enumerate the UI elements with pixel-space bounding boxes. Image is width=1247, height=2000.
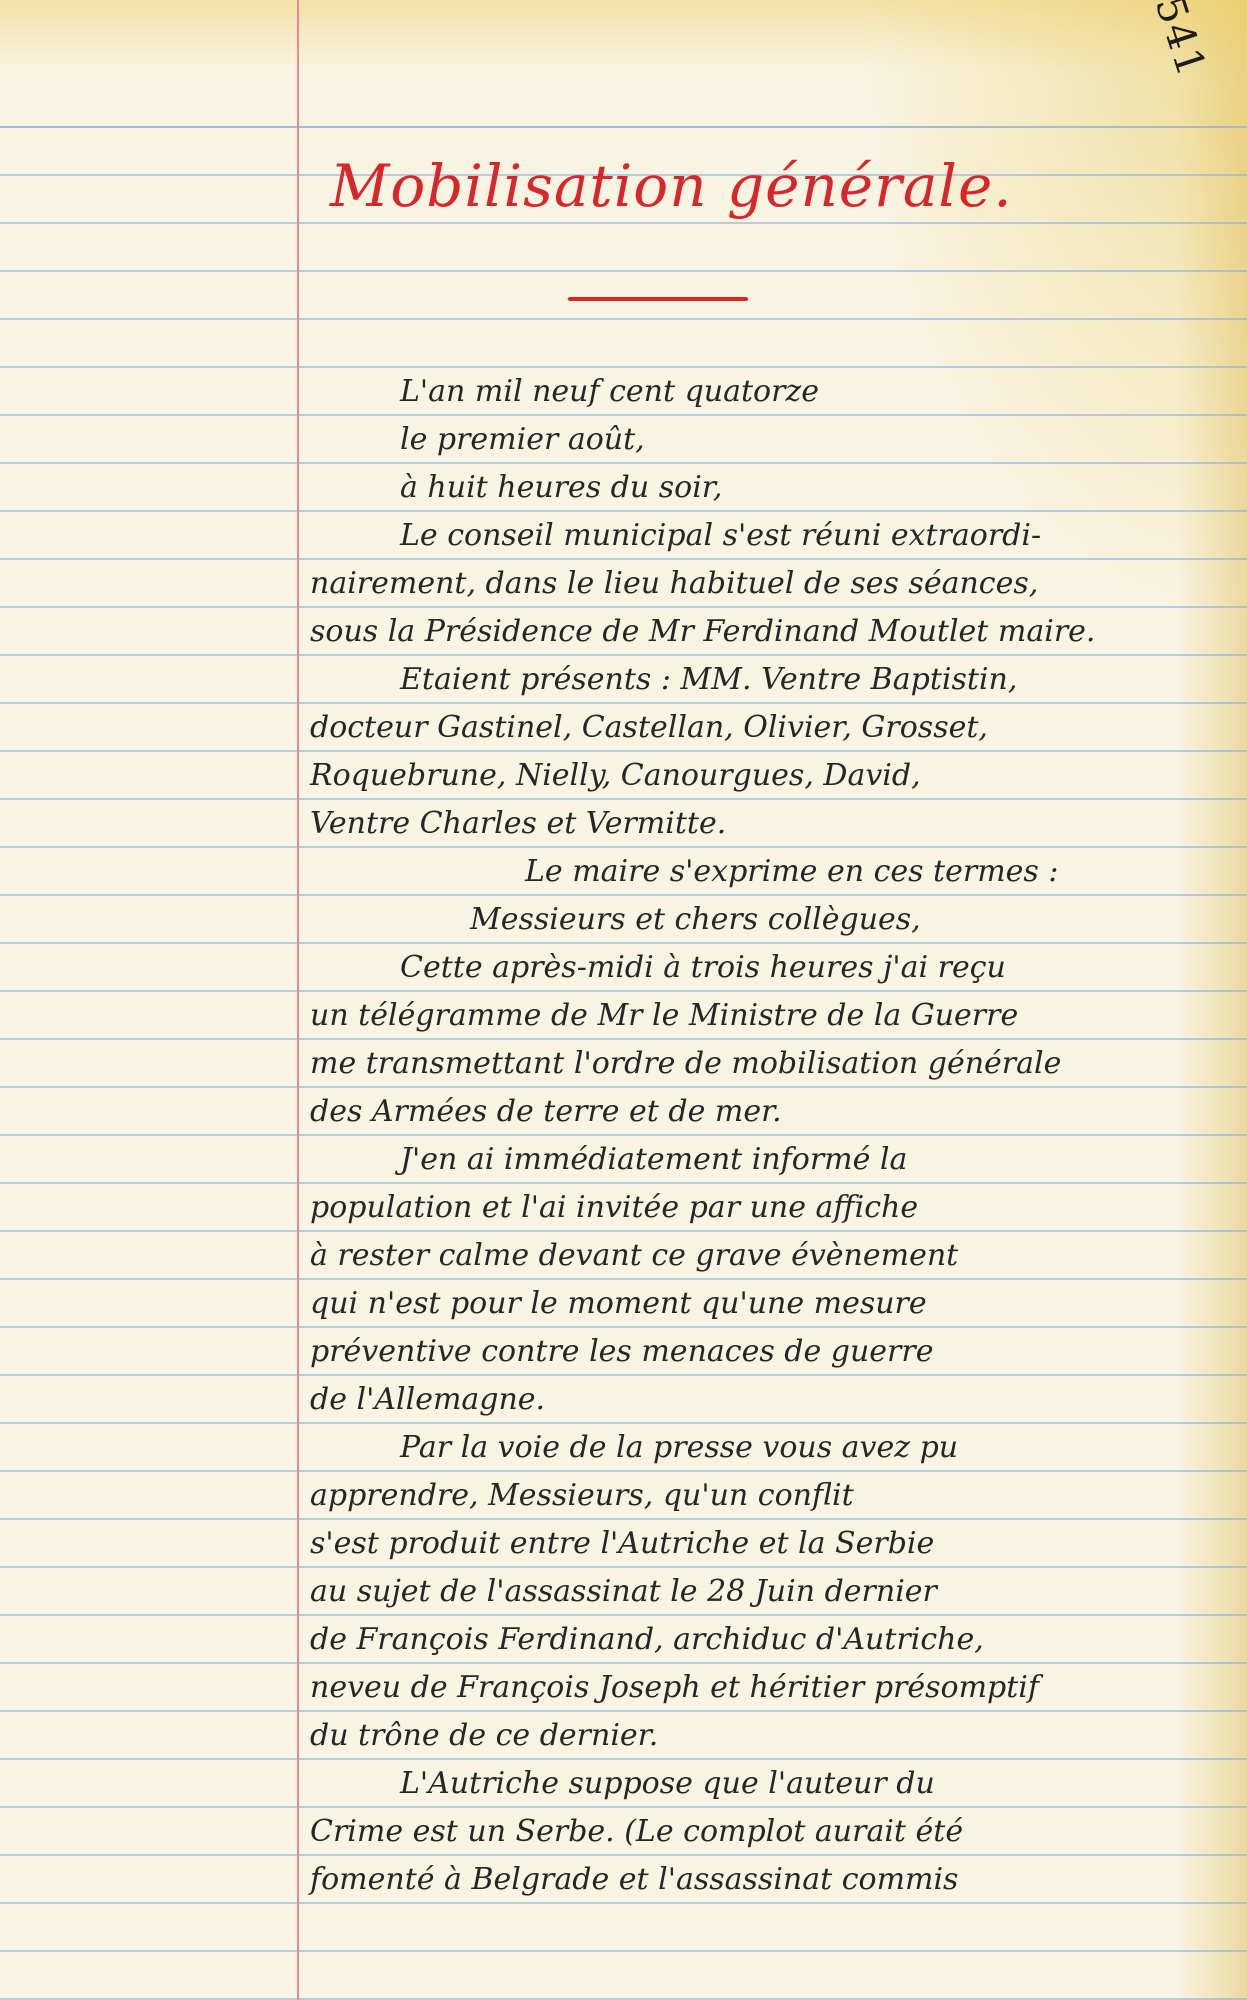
minutes-text: L'an mil neuf cent quatorzele premier ao… bbox=[310, 368, 1240, 1904]
text-line: préventive contre les menaces de guerre bbox=[310, 1328, 1240, 1376]
text-line: au sujet de l'assassinat le 28 Juin dern… bbox=[310, 1568, 1240, 1616]
text-line: Crime est un Serbe. (Le complot aurait é… bbox=[310, 1808, 1240, 1856]
text-line: fomenté à Belgrade et l'assassinat commi… bbox=[310, 1856, 1240, 1904]
text-line: Messieurs et chers collègues, bbox=[310, 896, 1240, 944]
text-line: Le conseil municipal s'est réuni extraor… bbox=[310, 512, 1240, 560]
text-line: Cette après-midi à trois heures j'ai reç… bbox=[310, 944, 1240, 992]
text-line: du trône de ce dernier. bbox=[310, 1712, 1240, 1760]
title-underline bbox=[568, 297, 748, 301]
text-line: apprendre, Messieurs, qu'un conflit bbox=[310, 1472, 1240, 1520]
text-line: J'en ai immédiatement informé la bbox=[310, 1136, 1240, 1184]
ledger-page: 541 Mobilisation générale. L'an mil neuf… bbox=[0, 0, 1247, 2000]
text-line: population et l'ai invitée par une affic… bbox=[310, 1184, 1240, 1232]
page-title: Mobilisation générale. bbox=[330, 152, 1013, 220]
text-line: le premier août, bbox=[310, 416, 1240, 464]
text-line: Ventre Charles et Vermitte. bbox=[310, 800, 1240, 848]
text-line: s'est produit entre l'Autriche et la Ser… bbox=[310, 1520, 1240, 1568]
text-line: Etaient présents : MM. Ventre Baptistin, bbox=[310, 656, 1240, 704]
text-line: me transmettant l'ordre de mobilisation … bbox=[310, 1040, 1240, 1088]
text-line: L'Autriche suppose que l'auteur du bbox=[310, 1760, 1240, 1808]
text-line: Roquebrune, Nielly, Canourgues, David, bbox=[310, 752, 1240, 800]
text-line: sous la Présidence de Mr Ferdinand Moutl… bbox=[310, 608, 1240, 656]
text-line: qui n'est pour le moment qu'une mesure bbox=[310, 1280, 1240, 1328]
text-line: Le maire s'exprime en ces termes : bbox=[310, 848, 1240, 896]
text-line: à huit heures du soir, bbox=[310, 464, 1240, 512]
page-number: 541 bbox=[1145, 0, 1214, 83]
text-line: nairement, dans le lieu habituel de ses … bbox=[310, 560, 1240, 608]
margin-line bbox=[297, 0, 299, 2000]
text-line: Par la voie de la presse vous avez pu bbox=[310, 1424, 1240, 1472]
text-line: de l'Allemagne. bbox=[310, 1376, 1240, 1424]
text-line: de François Ferdinand, archiduc d'Autric… bbox=[310, 1616, 1240, 1664]
text-line: neveu de François Joseph et héritier pré… bbox=[310, 1664, 1240, 1712]
text-line: des Armées de terre et de mer. bbox=[310, 1088, 1240, 1136]
text-line: à rester calme devant ce grave évènement bbox=[310, 1232, 1240, 1280]
text-line: L'an mil neuf cent quatorze bbox=[310, 368, 1240, 416]
text-line: docteur Gastinel, Castellan, Olivier, Gr… bbox=[310, 704, 1240, 752]
text-line: un télégramme de Mr le Ministre de la Gu… bbox=[310, 992, 1240, 1040]
